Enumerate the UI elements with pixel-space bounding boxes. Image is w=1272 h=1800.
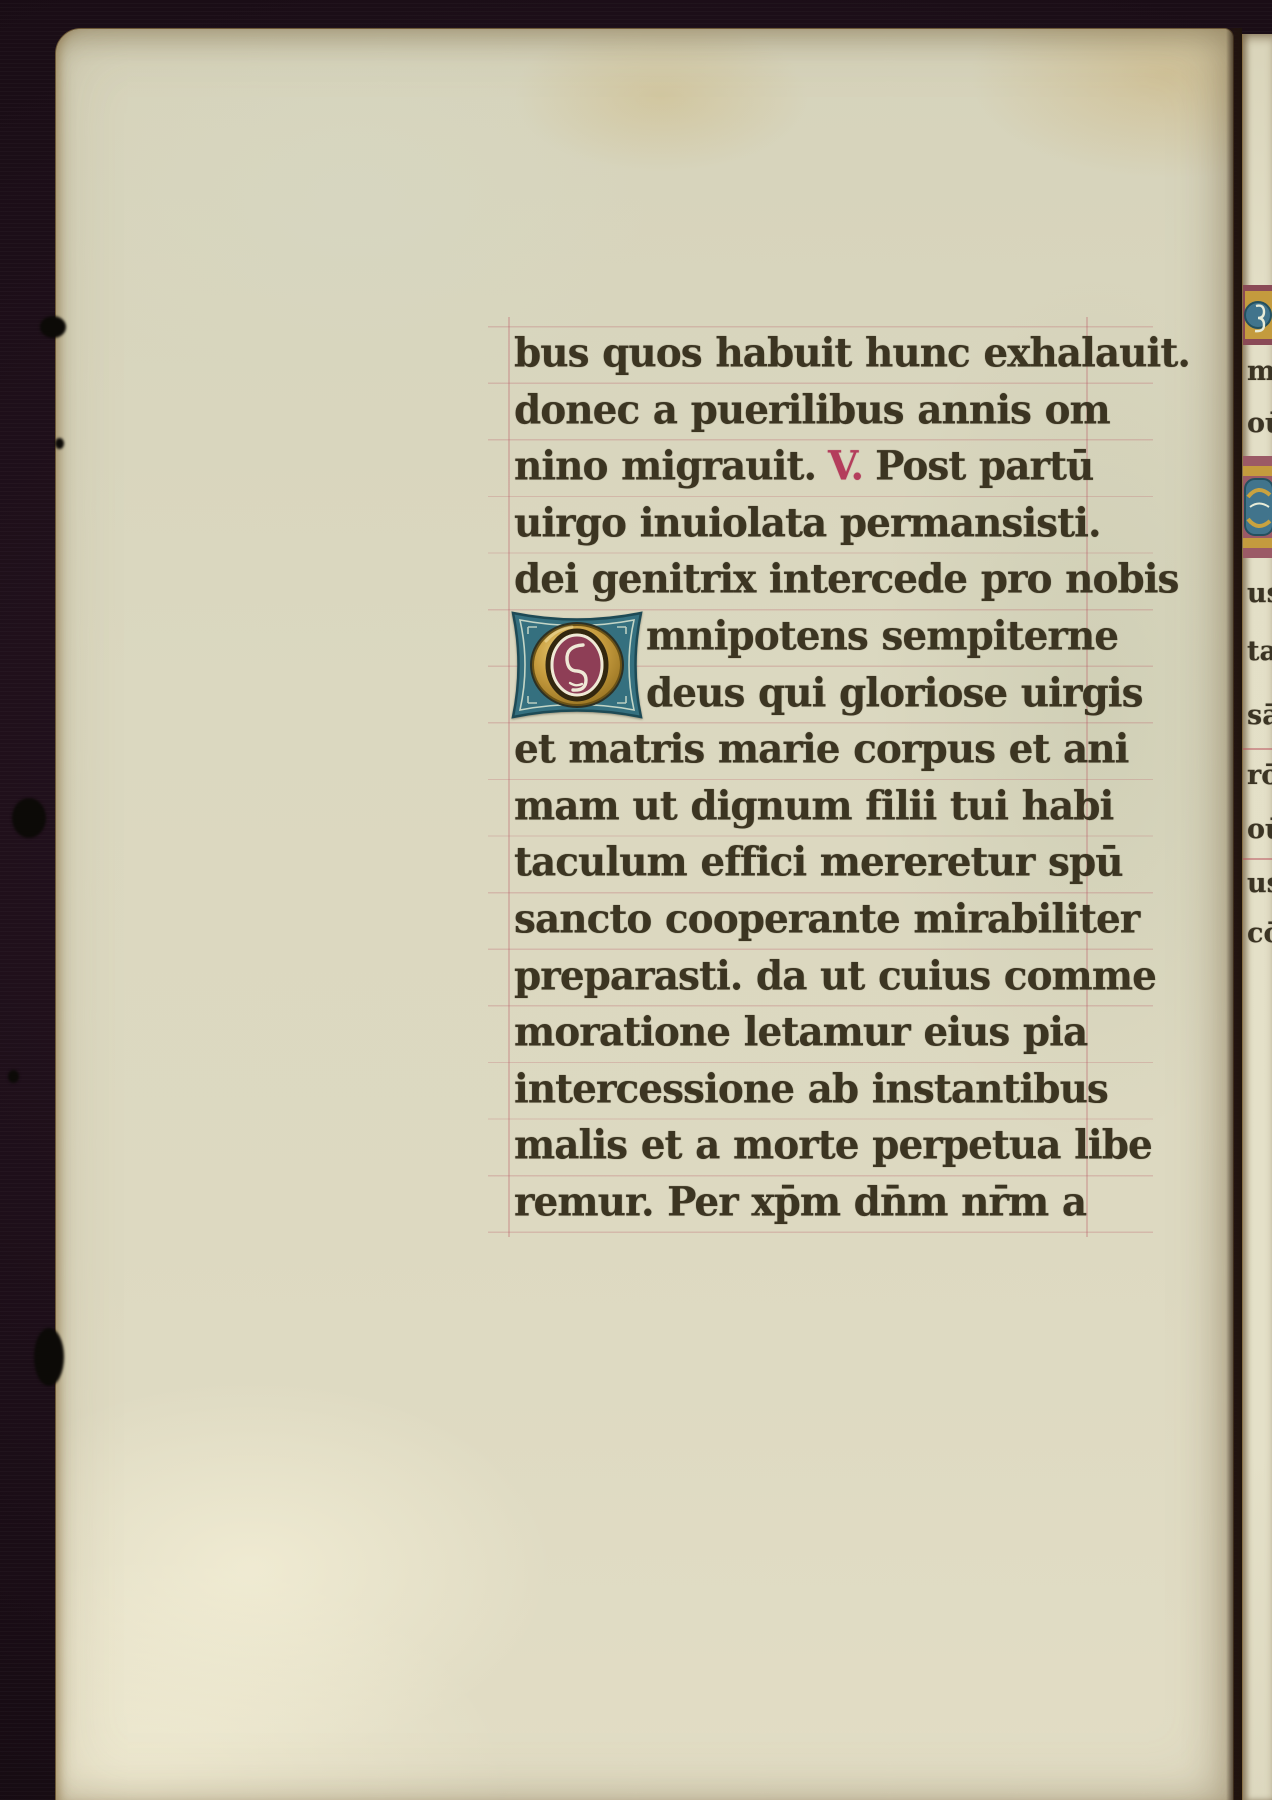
text-line: malis et a morte perpetua libe (514, 1116, 1174, 1175)
facing-page-edge: mıoūustasārōoūuscō (1242, 34, 1272, 1800)
text-line: mam ut dignum filii tui habi (514, 777, 1174, 836)
ruling-vertical-left (508, 317, 510, 1237)
facing-fragment-rule (1243, 858, 1272, 860)
ink-spot (12, 798, 46, 838)
text-line: uirgo inuiolata permansisti. (514, 494, 1174, 553)
ink-spot (40, 316, 66, 338)
text-line: bus quos habuit hunc exhalauit. (514, 324, 1174, 383)
ink-spot (34, 1328, 64, 1386)
text-line: donec a puerilibus annis om (514, 380, 1174, 439)
manuscript-page: bus quos habuit hunc exhalauit. donec a … (55, 28, 1234, 1800)
facing-fragment-text: oū (1243, 406, 1272, 450)
text-line: preparasti. da ut cuius comme (514, 946, 1174, 1005)
facing-fragment-text: sā (1243, 698, 1272, 742)
gutter-shadow (1226, 28, 1242, 1800)
ink-spot (55, 438, 64, 449)
text-segment: Post partū (875, 442, 1093, 490)
text-line: nino migrauit.V.Post partū (514, 437, 1174, 496)
text-line: taculum effici mereretur spū (514, 833, 1174, 892)
facing-fragment-text: mı (1243, 354, 1272, 398)
facing-fragment-roundel (1243, 285, 1272, 345)
facing-fragment-text: ta (1243, 634, 1272, 686)
facing-fragment-text: rō (1243, 758, 1272, 802)
text-segment: nino migrauit. (514, 442, 816, 490)
facing-fragment-text: us (1243, 866, 1272, 908)
text-line: moratione letamur eius pia (514, 1003, 1174, 1062)
facing-fragment-text: cō (1243, 916, 1272, 958)
facing-fragment-text: oū (1243, 812, 1272, 856)
facing-fragment-panel (1243, 456, 1272, 558)
text-line: remur. Per xp̄m dn̄m nr̄m a (514, 1173, 1174, 1232)
ink-spot (8, 1070, 19, 1083)
initial-ornament-graphic (510, 611, 644, 719)
text-line: sancto cooperante mirabiliter (514, 890, 1174, 949)
text-line: intercessione ab instantibus (514, 1060, 1174, 1119)
facing-fragment-text: us (1243, 576, 1272, 616)
versicle-mark: V. (828, 442, 863, 490)
facing-fragment-rule (1243, 748, 1272, 750)
text-line: et matris marie corpus et ani (514, 720, 1174, 779)
manuscript-photo: bus quos habuit hunc exhalauit. donec a … (0, 0, 1272, 1800)
text-line: dei genitrix intercede pro nobis (514, 550, 1174, 609)
illuminated-initial-O: O (510, 611, 644, 719)
text-block: bus quos habuit hunc exhalauit. donec a … (514, 325, 1174, 1231)
